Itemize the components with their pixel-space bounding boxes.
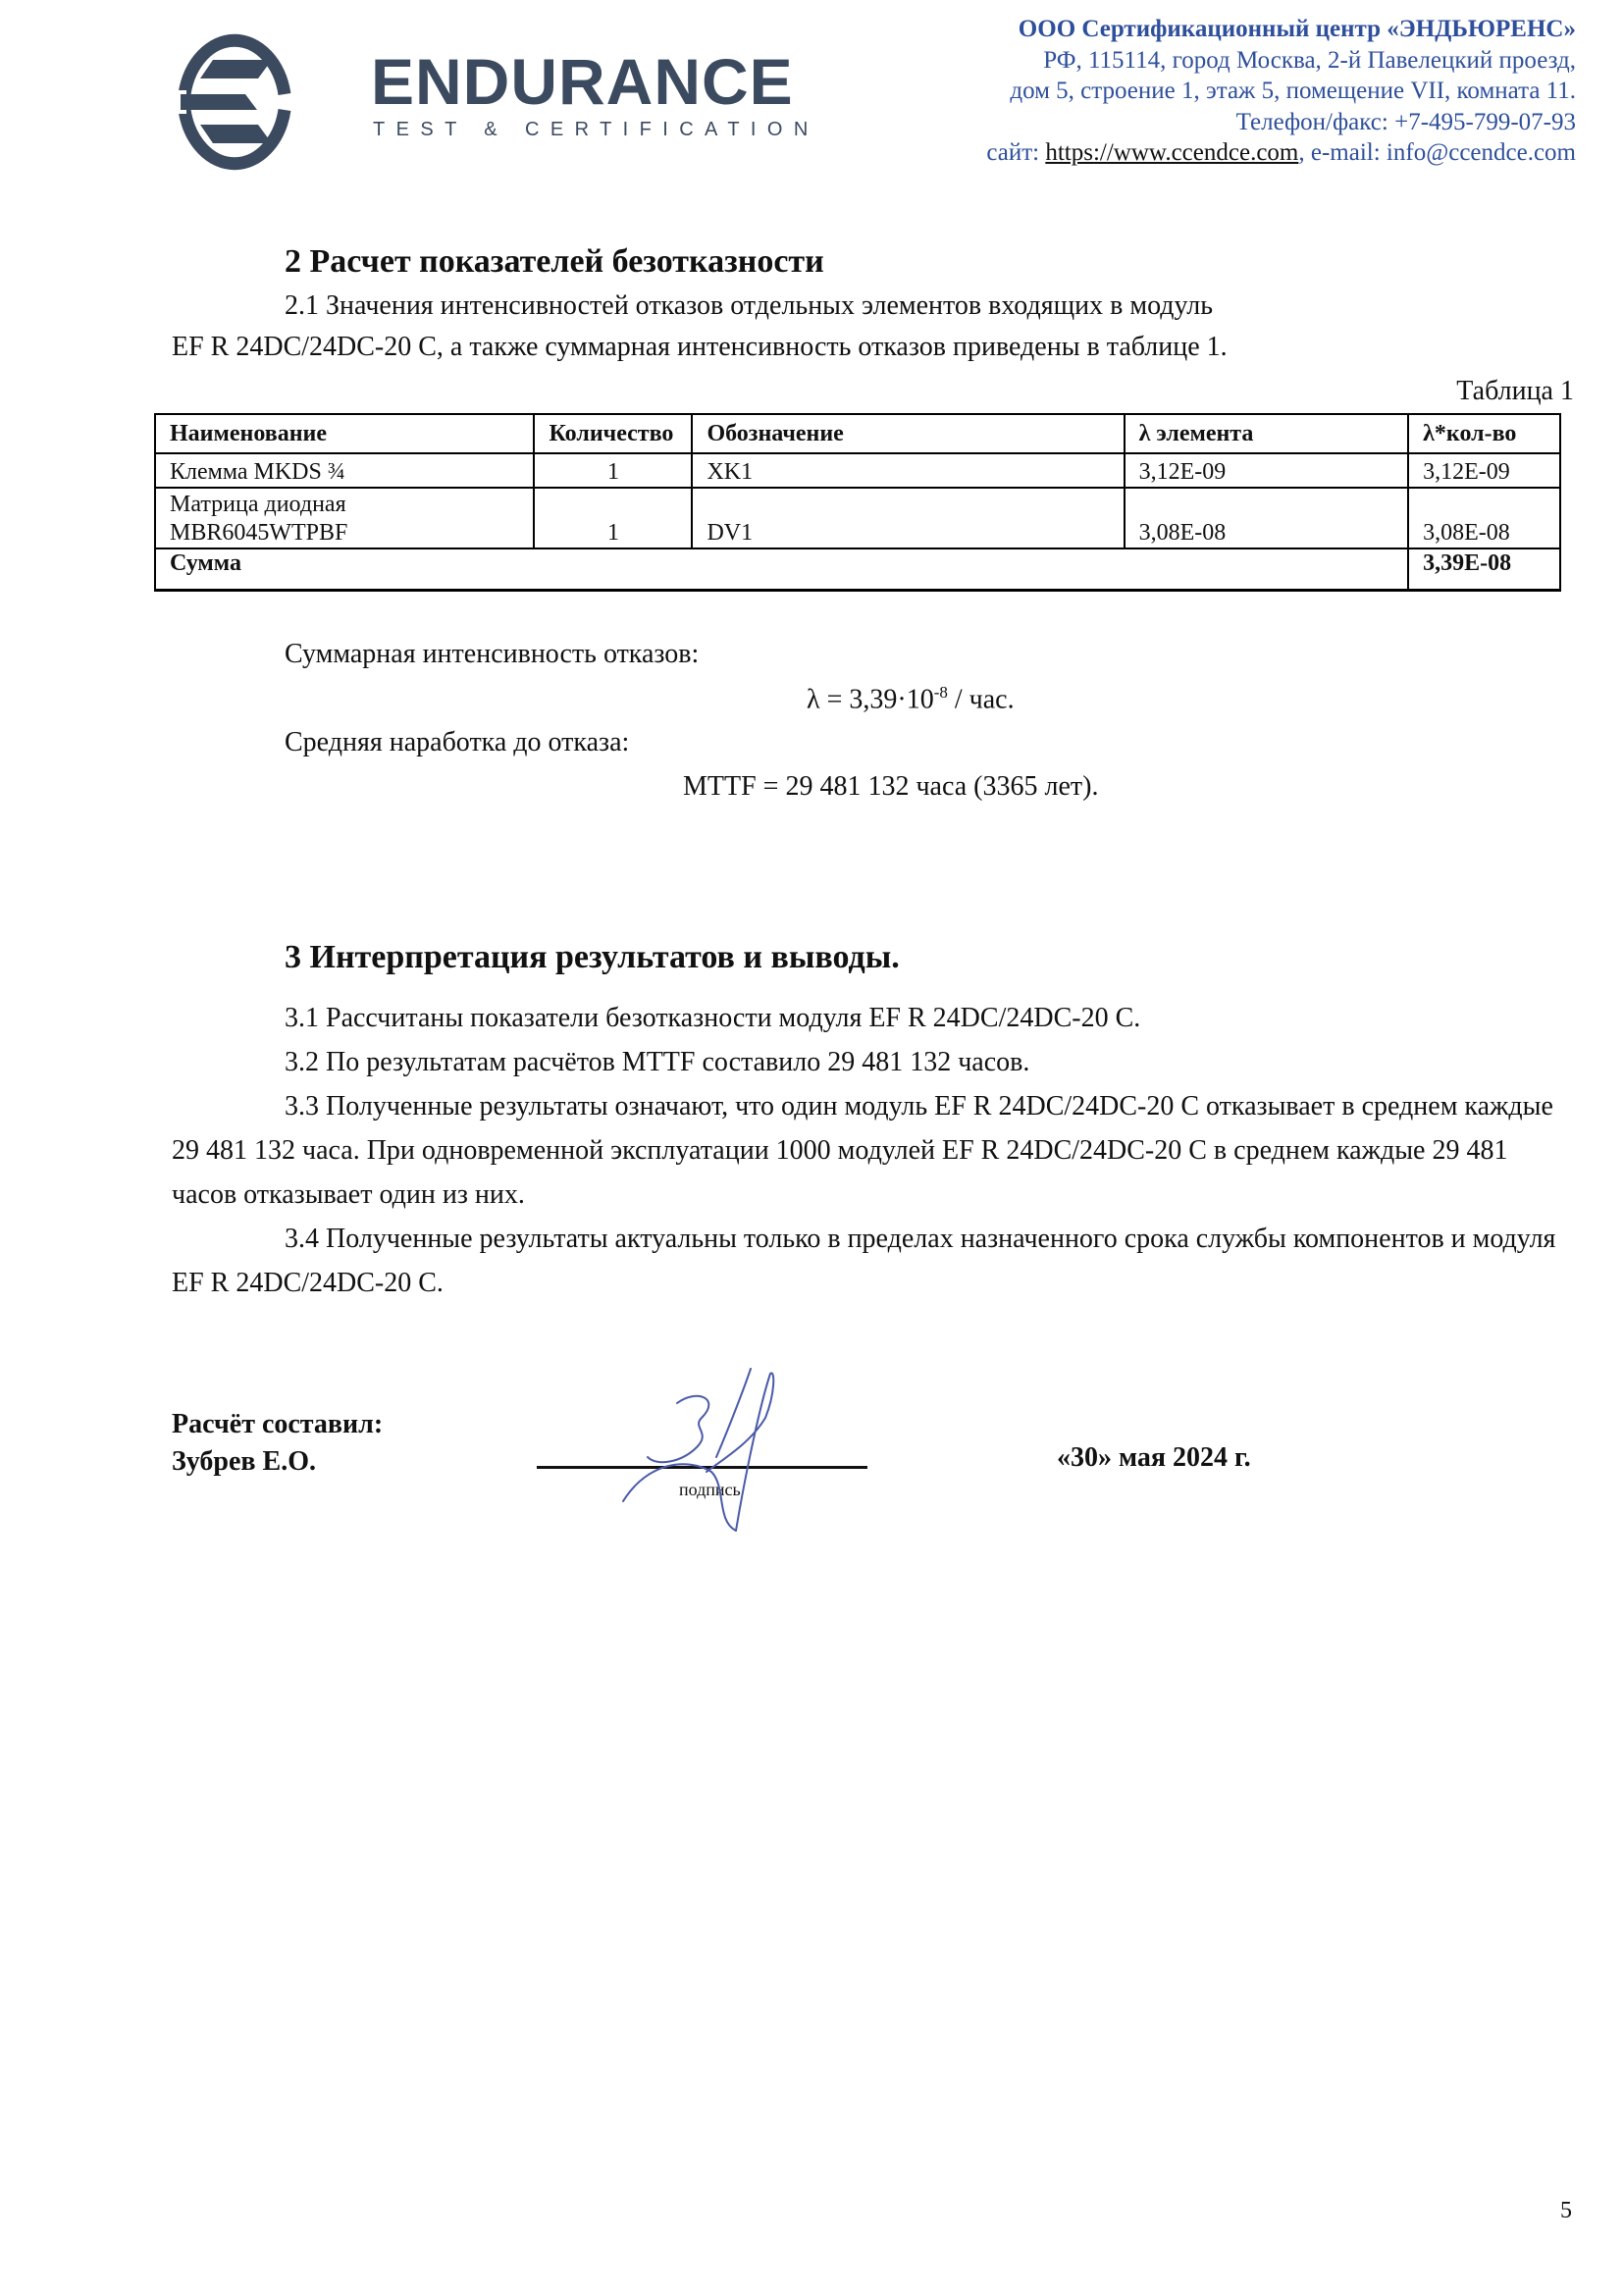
company-address-line2: дом 5, строение 1, этаж 5, помещение VII… [986, 76, 1576, 107]
logo-wordmark: ENDURANCE [371, 49, 794, 114]
company-web-line: сайт: https://www.ccendce.com, e-mail: i… [986, 137, 1576, 169]
paragraph-2-1-line2: EF R 24DC/24DC-20 C, а также суммарная и… [172, 332, 1228, 363]
conclusion-item: 3.4 Полученные результаты актуальны толь… [172, 1217, 1565, 1305]
logo-tagline: TEST & CERTIFICATION [373, 120, 819, 139]
mttf-formula: MTTF = 29 481 132 часа (3365 лет). [683, 771, 1098, 803]
formula-suffix: / час. [948, 684, 1015, 714]
header-lambda-qty: λ*кол-во [1408, 414, 1560, 453]
table-caption: Таблица 1 [1456, 376, 1574, 407]
table-header-row: Наименование Количество Обозначение λ эл… [155, 414, 1560, 453]
site-label: сайт: [986, 139, 1045, 166]
company-phone: Телефон/факс: +7-495-799-07-93 [986, 107, 1576, 138]
page-number: 5 [1560, 2198, 1572, 2224]
sum-value: 3,39E-08 [1408, 548, 1560, 591]
cell-lambda-qty: 3,12E-09 [1408, 453, 1560, 488]
conclusion-item: 3.3 Полученные результаты означают, что … [172, 1084, 1565, 1217]
table-sum-row: Сумма 3,39E-08 [155, 548, 1560, 591]
cell-name-line1: Матрица диодная [170, 491, 519, 519]
table-row: Клемма MKDS ¾ 1 XK1 3,12E-09 3,12E-09 [155, 453, 1560, 488]
endurance-logo-icon [177, 29, 292, 175]
header-name: Наименование [155, 414, 534, 453]
formula-prefix: λ = 3,39·10 [807, 684, 934, 714]
formula-exponent: -8 [934, 683, 948, 702]
cell-qty: 1 [534, 488, 692, 548]
mttf-label: Средняя наработка до отказа: [285, 727, 629, 758]
cell-name: Клемма MKDS ¾ [155, 453, 534, 488]
email-text: , e-mail: info@ccendce.com [1298, 139, 1576, 166]
table-row: Матрица диоднаяMBR6045WTPBF 1 DV1 3,08E-… [155, 488, 1560, 548]
cell-name-line2: MBR6045WTPBF [170, 519, 519, 548]
prepared-by-label: Расчёт составил: [172, 1406, 383, 1443]
author-name: Зубрев Е.О. [172, 1443, 383, 1481]
paragraph-2-1-line1: 2.1 Значения интенсивностей отказов отде… [285, 290, 1213, 322]
site-link[interactable]: https://www.ccendce.com [1045, 139, 1298, 166]
sum-label: Сумма [155, 548, 1408, 591]
company-contact-block: ООО Сертификационный центр «ЭНДЬЮРЕНС» Р… [986, 14, 1576, 169]
cell-name: Матрица диоднаяMBR6045WTPBF [155, 488, 534, 548]
company-address-line1: РФ, 115114, город Москва, 2-й Павелецкий… [986, 45, 1576, 77]
conclusions-list: 3.1 Рассчитаны показатели безотказности … [172, 996, 1565, 1305]
signature-date: «30» мая 2024 г. [1057, 1442, 1251, 1474]
section-3-heading: 3 Интерпретация результатов и выводы. [285, 939, 900, 976]
total-rate-formula: λ = 3,39·10-8 / час. [807, 683, 1015, 715]
cell-lambda-qty: 3,08E-08 [1408, 488, 1560, 548]
section-2-heading: 2 Расчет показателей безотказности [285, 243, 824, 281]
conclusion-item: 3.1 Рассчитаны показатели безотказности … [172, 996, 1565, 1040]
cell-lambda: 3,08E-08 [1125, 488, 1409, 548]
company-name: ООО Сертификационный центр «ЭНДЬЮРЕНС» [986, 14, 1576, 45]
header-designation: Обозначение [692, 414, 1124, 453]
signature-label-block: Расчёт составил: Зубрев Е.О. [172, 1406, 383, 1481]
cell-qty: 1 [534, 453, 692, 488]
cell-lambda: 3,12E-09 [1125, 453, 1409, 488]
cell-designation: DV1 [692, 488, 1124, 548]
conclusion-item: 3.2 По результатам расчётов MTTF состави… [172, 1040, 1565, 1084]
failure-rate-table: Наименование Количество Обозначение λ эл… [154, 413, 1561, 592]
handwritten-signature-icon [618, 1364, 814, 1536]
total-rate-label: Суммарная интенсивность отказов: [285, 639, 699, 670]
header-qty: Количество [534, 414, 692, 453]
header-lambda: λ элемента [1125, 414, 1409, 453]
cell-designation: XK1 [692, 453, 1124, 488]
